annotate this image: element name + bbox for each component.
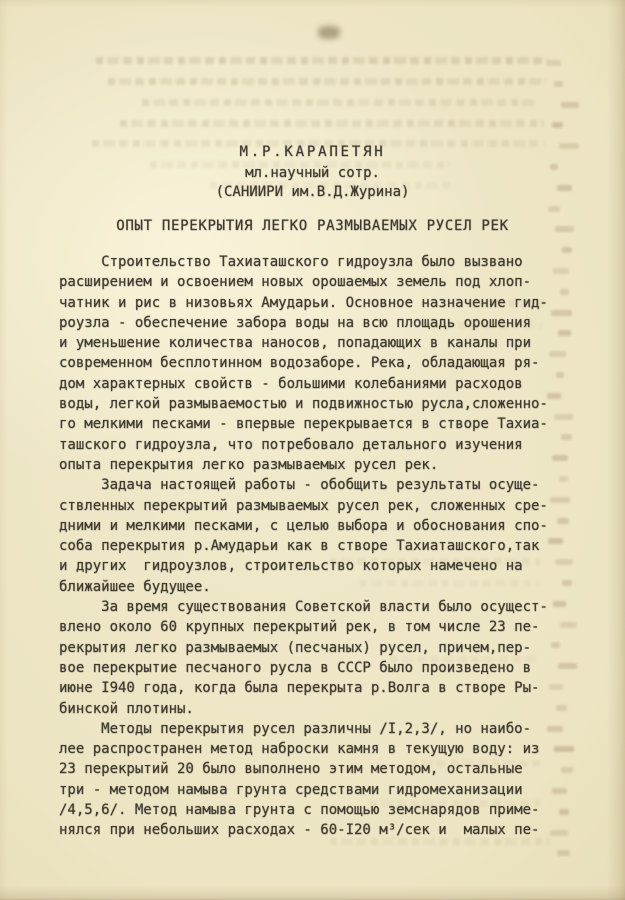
paragraph: Методы перекрытия русел различны /I,2,3/… bbox=[59, 719, 569, 841]
text-line: три - методом намыва грунта средствами г… bbox=[59, 780, 569, 800]
author-role: мл.научный сотр. bbox=[0, 163, 625, 183]
text-line: роузла - обеспечение забора воды на всю … bbox=[59, 313, 569, 333]
text-line: бинской плотины. bbox=[59, 699, 569, 719]
scan-edge-top bbox=[0, 0, 625, 8]
text-line: Строительство Тахиаташского гидроузла бы… bbox=[59, 252, 569, 272]
text-line: Задача настоящей работы - обобщить резул… bbox=[59, 475, 569, 495]
text-line: ташского гидроузла, что потребовало дета… bbox=[59, 435, 569, 455]
text-line: ближайшее будущее. bbox=[59, 577, 569, 597]
text-line: воды, легкой размываемостью и подвижност… bbox=[59, 394, 569, 414]
text-line: июне I940 года, когда была перекрыта р.В… bbox=[59, 678, 569, 698]
bleedthrough-dash bbox=[548, 206, 560, 212]
text-line: Методы перекрытия русел различны /I,2,3/… bbox=[59, 719, 569, 739]
bleedthrough-line bbox=[96, 57, 548, 64]
text-line: рекрытия легко размываемых (песчаных) ру… bbox=[59, 638, 569, 658]
text-line: нялся при небольших расходах - 60-I20 м³… bbox=[59, 820, 569, 840]
author-name: М.Р.КАРАПЕТЯН bbox=[0, 141, 625, 163]
text-line: дом характерных свойств - большими колеб… bbox=[59, 374, 569, 394]
text-line: лее распространен метод наброски камня в… bbox=[59, 739, 569, 759]
text-line: ствленных перекрытий размываемых русел р… bbox=[59, 496, 569, 516]
text-line: чатник и рис в низовьях Амударьи. Основн… bbox=[59, 293, 569, 313]
scan-edge-right bbox=[607, 0, 625, 900]
bleedthrough-line bbox=[142, 99, 534, 106]
scan-edge-left bbox=[0, 0, 8, 900]
page-title: ОПЫТ ПЕРЕКРЫТИЯ ЛЕГКО РАЗМЫВАЕМЫХ РУСЕЛ … bbox=[0, 218, 625, 234]
bleedthrough-dash bbox=[554, 81, 563, 87]
text-line: За время существования Советской власти … bbox=[59, 597, 569, 617]
text-line: вое перекрытие песчаного русла в СССР бы… bbox=[59, 658, 569, 678]
text-line: и уменьшение количества наносов, попадаю… bbox=[59, 333, 569, 353]
bleedthrough-line bbox=[120, 120, 544, 127]
scan-edge-bottom bbox=[0, 886, 625, 900]
text-line: и других гидроузлов, строительство котор… bbox=[59, 556, 569, 576]
bleedthrough-dash bbox=[561, 102, 579, 108]
bleedthrough-dash bbox=[547, 60, 561, 66]
scanned-page: М.Р.КАРАПЕТЯН мл.научный сотр. (САНИИРИ … bbox=[0, 0, 625, 900]
text-line: опыта перекрытия легко размываемых русел… bbox=[59, 455, 569, 475]
text-line: /4,5,6/. Метод намыва грунта с помощью з… bbox=[59, 800, 569, 820]
text-line: дними и мелкими песками, с целью выбора … bbox=[59, 516, 569, 536]
paragraph: Задача настоящей работы - обобщить резул… bbox=[59, 475, 569, 597]
text-line: 23 перекрытий 20 было выполнено этим мет… bbox=[59, 759, 569, 779]
paragraph: Строительство Тахиаташского гидроузла бы… bbox=[59, 252, 569, 475]
bleedthrough-dash bbox=[552, 122, 563, 128]
author-affiliation: (САНИИРИ им.В.Д.Журина) bbox=[0, 183, 625, 202]
faint-page-number-smudge bbox=[318, 26, 340, 39]
text-line: го мелкими песками - впервые перекрывает… bbox=[59, 414, 569, 434]
paragraph: За время существования Советской власти … bbox=[59, 597, 569, 719]
text-line: соба перекрытия р.Амударьи как в створе … bbox=[59, 536, 569, 556]
bleedthrough-dash bbox=[557, 850, 570, 856]
author-block: М.Р.КАРАПЕТЯН мл.научный сотр. (САНИИРИ … bbox=[0, 141, 625, 202]
text-line: расширением и освоением новых орошаемых … bbox=[59, 272, 569, 292]
bleedthrough-line bbox=[108, 78, 546, 85]
text-line: влено около 60 крупных перекрытий рек, в… bbox=[59, 617, 569, 637]
body-text: Строительство Тахиаташского гидроузла бы… bbox=[59, 252, 569, 841]
text-line: современном бесплотинном водозаборе. Рек… bbox=[59, 353, 569, 373]
